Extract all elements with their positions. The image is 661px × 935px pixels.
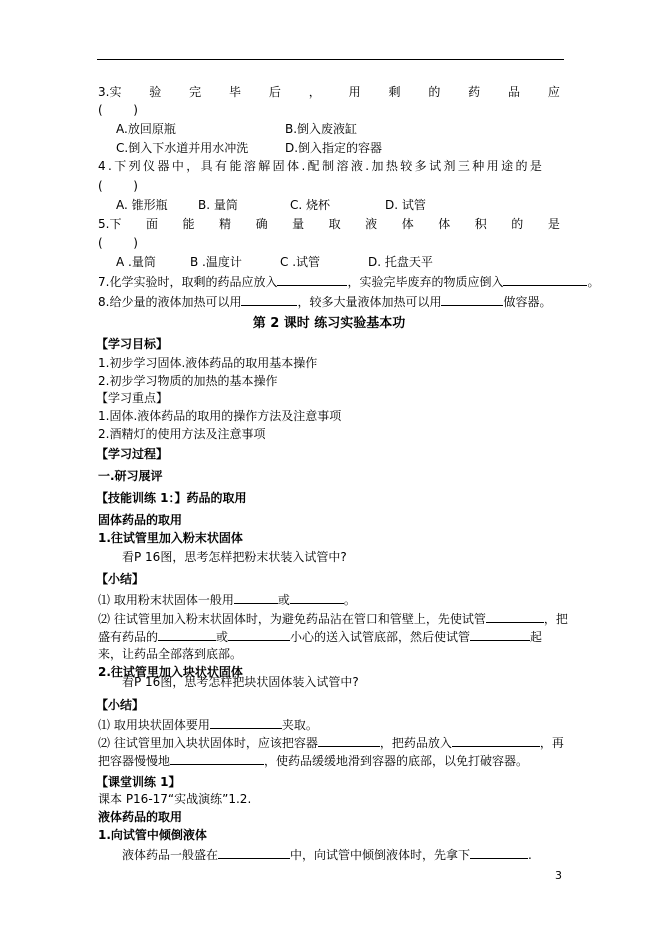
- block-summary-1: ⑴ 取用块状固体要用夹取。: [98, 716, 318, 733]
- page-number: 3: [555, 869, 562, 882]
- q7-text: ，实验完毕废弃的物质应倒入: [347, 275, 503, 289]
- q5-char: 的: [511, 216, 523, 232]
- answer-blank[interactable]: [234, 591, 278, 604]
- summary-text: ，把药品放入: [380, 736, 452, 750]
- summary-text: ⑴ 取用块状固体要用: [98, 718, 210, 732]
- section-heading: 一.研习展评: [98, 468, 163, 484]
- q5-char: 确: [256, 216, 268, 232]
- summary-text: ，把: [544, 612, 568, 626]
- q5-option-c: C .试管: [280, 254, 320, 270]
- summary-text: 小心的送入试管底部，然后使试管: [290, 630, 470, 644]
- answer-blank[interactable]: [170, 752, 264, 765]
- key-point-item: 1.固体.液体药品的取用的操作方法及注意事项: [98, 408, 341, 424]
- q3-char: 应: [548, 84, 560, 100]
- key-point-item: 2.酒精灯的使用方法及注意事项: [98, 426, 265, 442]
- question-3-stem: 3.实 验 完 毕 后 ， 用 剩 的 药 品 应: [98, 84, 560, 100]
- summary-text: ⑵ 往试管里加入块状固体时，应该把容器: [98, 736, 318, 750]
- q3-answer-paren: ( ): [98, 102, 138, 118]
- summary-text: 。: [344, 593, 356, 607]
- powder-summary-1: ⑴ 取用粉末状固体一般用或。: [98, 591, 356, 608]
- q3-char: 剩: [388, 84, 400, 100]
- answer-blank[interactable]: [158, 628, 216, 641]
- class-training-heading: 【课堂训练 1】: [96, 774, 181, 790]
- q4-option-d: D. 试管: [385, 197, 426, 213]
- objective-item: 1.初步学习固体.液体药品的取用基本操作: [98, 355, 317, 371]
- q5-char: 面: [146, 216, 158, 232]
- pour-text-part: .: [528, 848, 532, 862]
- block-summary-2: ⑵ 往试管里加入块状固体时，应该把容器，把药品放入，再: [98, 734, 564, 751]
- question-4-stem: 4.下列仪器中，具有能溶解固体.配制溶液.加热较多试剂三种用途的是: [98, 158, 544, 174]
- summary-text: 起: [530, 630, 542, 644]
- q7-text: 7.化学实验时，取剩的药品应放入: [98, 275, 277, 289]
- block-summary-2-cont: 把容器慢慢地，使药品缓缓地滑到容器的底部，以免打破容器。: [98, 752, 528, 769]
- question-5-stem: 5.下 面 能 精 确 量 取 液 体 体 积 的 是: [98, 216, 560, 232]
- q5-char: 5.下: [98, 216, 121, 232]
- q5-answer-paren: ( ): [98, 235, 138, 251]
- answer-blank[interactable]: [452, 734, 540, 747]
- powder-summary-2: ⑵ 往试管里加入粉末状固体时，为避免药品沾在管口和管壁上，先使试管，把: [98, 610, 568, 627]
- question-8: 8.给少量的液体加热可以用，较多大量液体加热可以用做容器。: [98, 293, 551, 310]
- q5-char: 体: [438, 216, 450, 232]
- summary-heading: 【小结】: [96, 571, 144, 587]
- q3-char: 完: [189, 84, 201, 100]
- q3-char: 毕: [229, 84, 241, 100]
- pour-text-part: 中，向试管中倾倒液体时，先拿下: [290, 848, 470, 862]
- q5-option-b: B .温度计: [190, 254, 242, 270]
- summary-text: 或: [278, 593, 290, 607]
- pour-text-part: 液体药品一般盛在: [122, 848, 218, 862]
- answer-blank[interactable]: [210, 716, 282, 729]
- summary-text: 或: [216, 630, 228, 644]
- q3-char: 药: [468, 84, 480, 100]
- q5-char: 量: [292, 216, 304, 232]
- q3-option-d: D.倒入指定的容器: [285, 140, 382, 156]
- q4-option-c: C. 烧杯: [290, 197, 330, 213]
- summary-text: 把容器慢慢地: [98, 754, 170, 768]
- answer-blank[interactable]: [503, 273, 587, 286]
- q4-option-b: B. 量筒: [198, 197, 238, 213]
- answer-blank[interactable]: [470, 846, 528, 859]
- summary-heading: 【小结】: [96, 697, 144, 713]
- q3-option-c: C.倒入下水道并用水冲洗: [116, 140, 248, 156]
- q5-char: 取: [329, 216, 341, 232]
- class-training-text: 课本 P16-17“实战演练”1.2.: [98, 791, 251, 807]
- q7-text: 。: [587, 275, 599, 289]
- q5-char: 液: [365, 216, 377, 232]
- answer-blank[interactable]: [318, 734, 380, 747]
- objectives-heading: 【学习目标】: [96, 336, 168, 352]
- summary-text: ⑴ 取用粉末状固体一般用: [98, 593, 234, 607]
- q3-char: 后: [269, 84, 281, 100]
- q5-option-d: D. 托盘天平: [368, 254, 433, 270]
- q3-option-a: A.放回原瓶: [116, 121, 176, 137]
- q3-char: ，: [309, 84, 321, 100]
- q3-char: 验: [149, 84, 161, 100]
- objective-item: 2.初步学习物质的加热的基本操作: [98, 373, 277, 389]
- lesson-title: 第 2 课时 练习实验基本功: [98, 316, 560, 332]
- answer-blank[interactable]: [277, 273, 347, 286]
- powder-summary-2-end: 来，让药品全部落到底部。: [98, 646, 242, 662]
- header-rule: [97, 59, 564, 60]
- q4-answer-paren: ( ): [98, 178, 138, 194]
- q5-char: 能: [183, 216, 195, 232]
- answer-blank[interactable]: [241, 293, 297, 306]
- answer-blank[interactable]: [441, 293, 503, 306]
- summary-text: 盛有药品的: [98, 630, 158, 644]
- summary-text: ⑵ 往试管里加入粉末状固体时，为避免药品沾在管口和管壁上，先使试管: [98, 612, 486, 626]
- key-points-heading: 【学习重点】: [96, 390, 168, 406]
- powder-summary-2-cont: 盛有药品的或小心的送入试管底部，然后使试管起: [98, 628, 542, 645]
- solid-drug-heading: 固体药品的取用: [98, 512, 182, 528]
- block-prompt: 看P 16图，思考怎样把块状固体装入试管中?: [98, 674, 359, 690]
- q8-text: ，较多大量液体加热可以用: [297, 295, 441, 309]
- answer-blank[interactable]: [228, 628, 290, 641]
- summary-text: 夹取。: [282, 718, 318, 732]
- answer-blank[interactable]: [470, 628, 530, 641]
- powder-heading: 1.往试管里加入粉末状固体: [98, 530, 243, 546]
- q8-text: 做容器。: [503, 295, 551, 309]
- summary-text: ，使药品缓缓地滑到容器的底部，以免打破容器。: [264, 754, 528, 768]
- q5-char: 积: [475, 216, 487, 232]
- liquid-drug-heading: 液体药品的取用: [98, 809, 182, 825]
- answer-blank[interactable]: [486, 610, 544, 623]
- powder-prompt: 看P 16图，思考怎样把粉末状装入试管中?: [98, 549, 347, 565]
- q3-char: 3.实: [98, 84, 121, 100]
- q3-char: 用: [349, 84, 361, 100]
- q8-text: 8.给少量的液体加热可以用: [98, 295, 241, 309]
- summary-text: ，再: [540, 736, 564, 750]
- q4-option-a: A. 锥形瓶: [116, 197, 168, 213]
- q5-option-a: A .量筒: [116, 254, 156, 270]
- q3-char: 的: [428, 84, 440, 100]
- q3-char: 品: [508, 84, 520, 100]
- pour-heading: 1.向试管中倾倒液体: [98, 827, 207, 843]
- answer-blank[interactable]: [290, 591, 344, 604]
- skill-training-heading: 【技能训练 1：】药品的取用: [96, 490, 247, 506]
- q3-option-b: B.倒入废液缸: [285, 121, 357, 137]
- q5-char: 精: [219, 216, 231, 232]
- answer-blank[interactable]: [218, 846, 290, 859]
- q5-char: 是: [548, 216, 560, 232]
- pour-text: 液体药品一般盛在中，向试管中倾倒液体时，先拿下.: [98, 846, 532, 863]
- q5-char: 体: [402, 216, 414, 232]
- process-heading: 【学习过程】: [96, 446, 168, 462]
- question-7: 7.化学实验时，取剩的药品应放入，实验完毕废弃的物质应倒入。: [98, 273, 599, 290]
